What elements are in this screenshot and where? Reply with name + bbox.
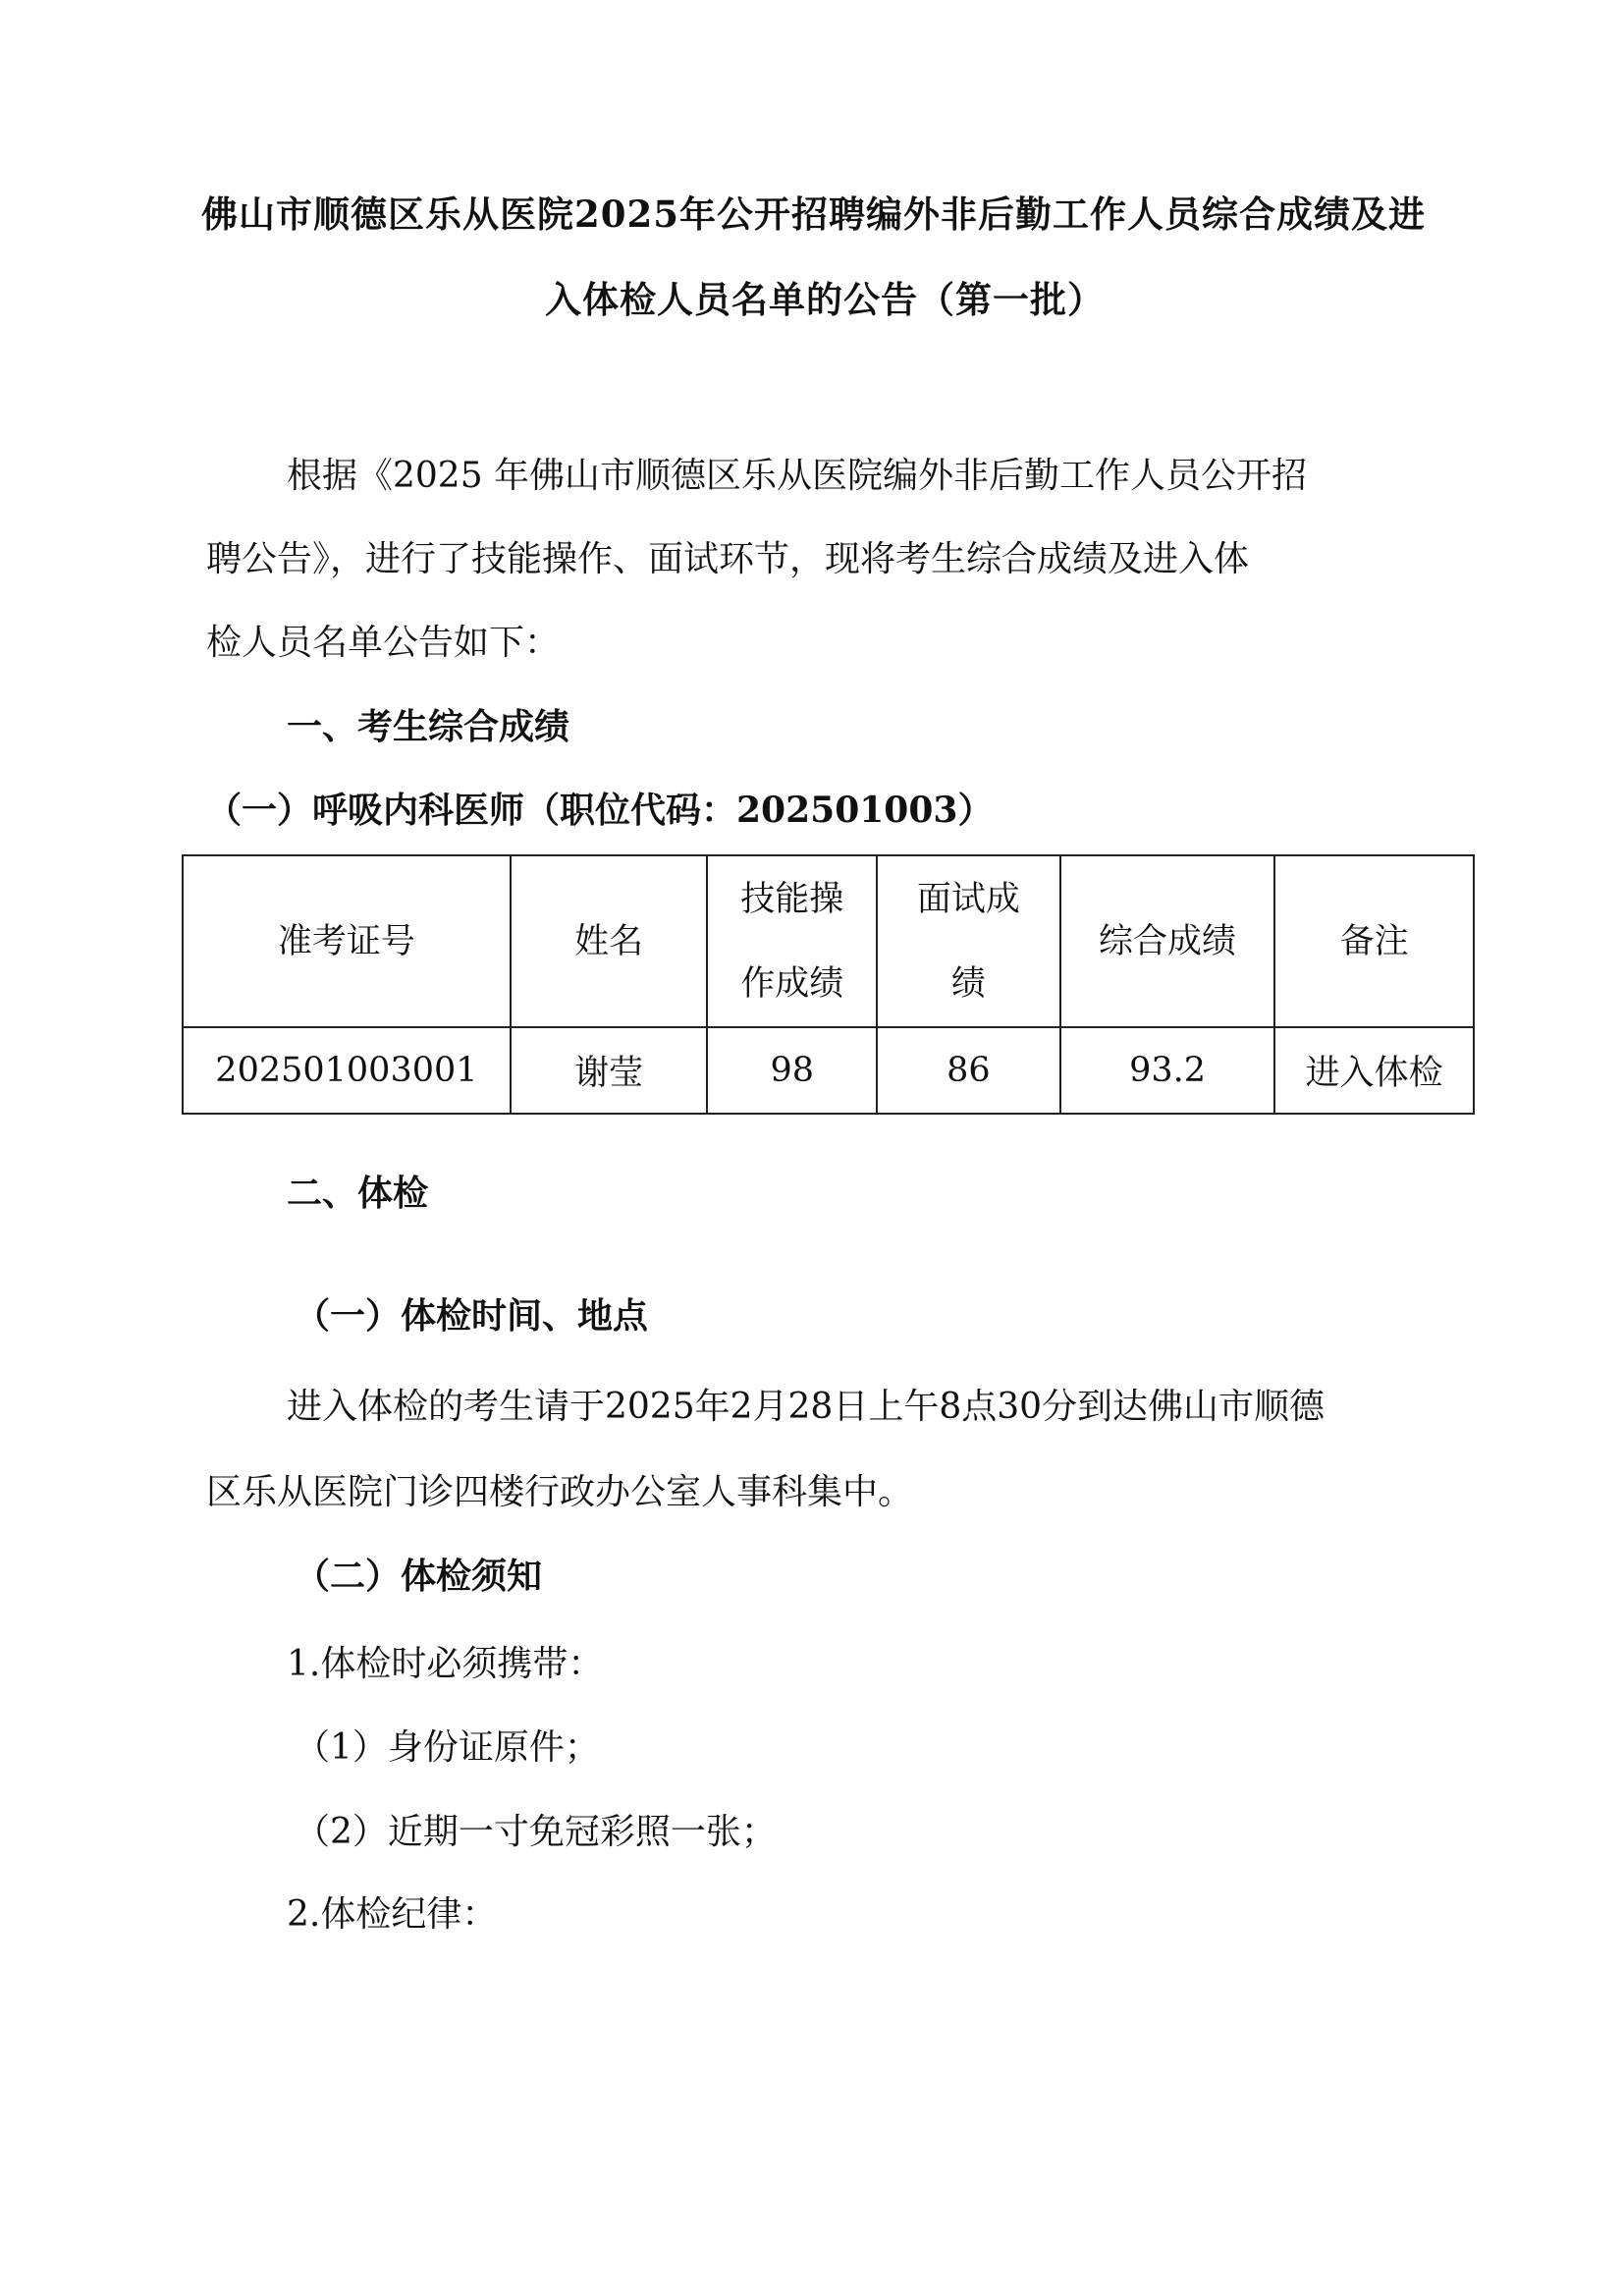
- notice-item-1: 1.体检时必须携带：: [287, 1643, 603, 1686]
- header-skill-score: 技能操作成绩: [707, 855, 877, 1027]
- cell-remarks: 进入体检: [1274, 1027, 1474, 1114]
- notice-item-2: 2.体检纪律：: [287, 1893, 497, 1937]
- section1-heading: 一、考生综合成绩: [287, 705, 569, 748]
- header-name: 姓名: [511, 855, 708, 1027]
- notice-item-1b: （2）近期一寸免冠彩照一张；: [295, 1811, 777, 1854]
- cell-exam-number: 202501003001: [183, 1027, 511, 1114]
- exam-time-line-2: 区乐从医院门诊四楼行政办公室人事科集中。: [206, 1471, 913, 1514]
- cell-skill-score: 98: [707, 1027, 877, 1114]
- intro-line-2: 聘公告》，进行了技能操作、面试环节，现将考生综合成绩及进入体: [206, 538, 1249, 581]
- section2-sub1-heading: （一）体检时间、地点: [295, 1294, 648, 1338]
- table-header-row: 准考证号 姓名 技能操作成绩 面试成绩 综合成绩 备注: [183, 855, 1474, 1027]
- header-total-score: 综合成绩: [1060, 855, 1275, 1027]
- header-exam-number: 准考证号: [183, 855, 511, 1027]
- notice-item-1a: （1）身份证原件；: [295, 1726, 600, 1770]
- header-remarks: 备注: [1274, 855, 1474, 1027]
- intro-line-3: 检人员名单公告如下：: [206, 622, 560, 665]
- title-line-1: 佛山市顺德区乐从医院2025年公开招聘编外非后勤工作人员综合成绩及进: [201, 192, 1426, 236]
- section1-subheading: （一）呼吸内科医师（职位代码：202501003）: [206, 789, 993, 832]
- cell-name: 谢莹: [511, 1027, 708, 1114]
- cell-interview-score: 86: [877, 1027, 1060, 1114]
- header-interview-score: 面试成绩: [877, 855, 1060, 1027]
- section2-sub2-heading: （二）体检须知: [295, 1555, 542, 1598]
- exam-time-line-1: 进入体检的考生请于2025年2月28日上午8点30分到达佛山市顺德: [287, 1386, 1325, 1429]
- scores-table: 准考证号 姓名 技能操作成绩 面试成绩 综合成绩 备注 202501003001…: [182, 854, 1475, 1115]
- intro-line-1: 根据《2025 年佛山市顺德区乐从医院编外非后勤工作人员公开招: [287, 455, 1307, 498]
- table-row: 202501003001 谢莹 98 86 93.2 进入体检: [183, 1027, 1474, 1114]
- cell-total-score: 93.2: [1060, 1027, 1275, 1114]
- title-line-2: 入体检人员名单的公告（第一批）: [545, 278, 1105, 321]
- section2-heading: 二、体检: [287, 1172, 428, 1215]
